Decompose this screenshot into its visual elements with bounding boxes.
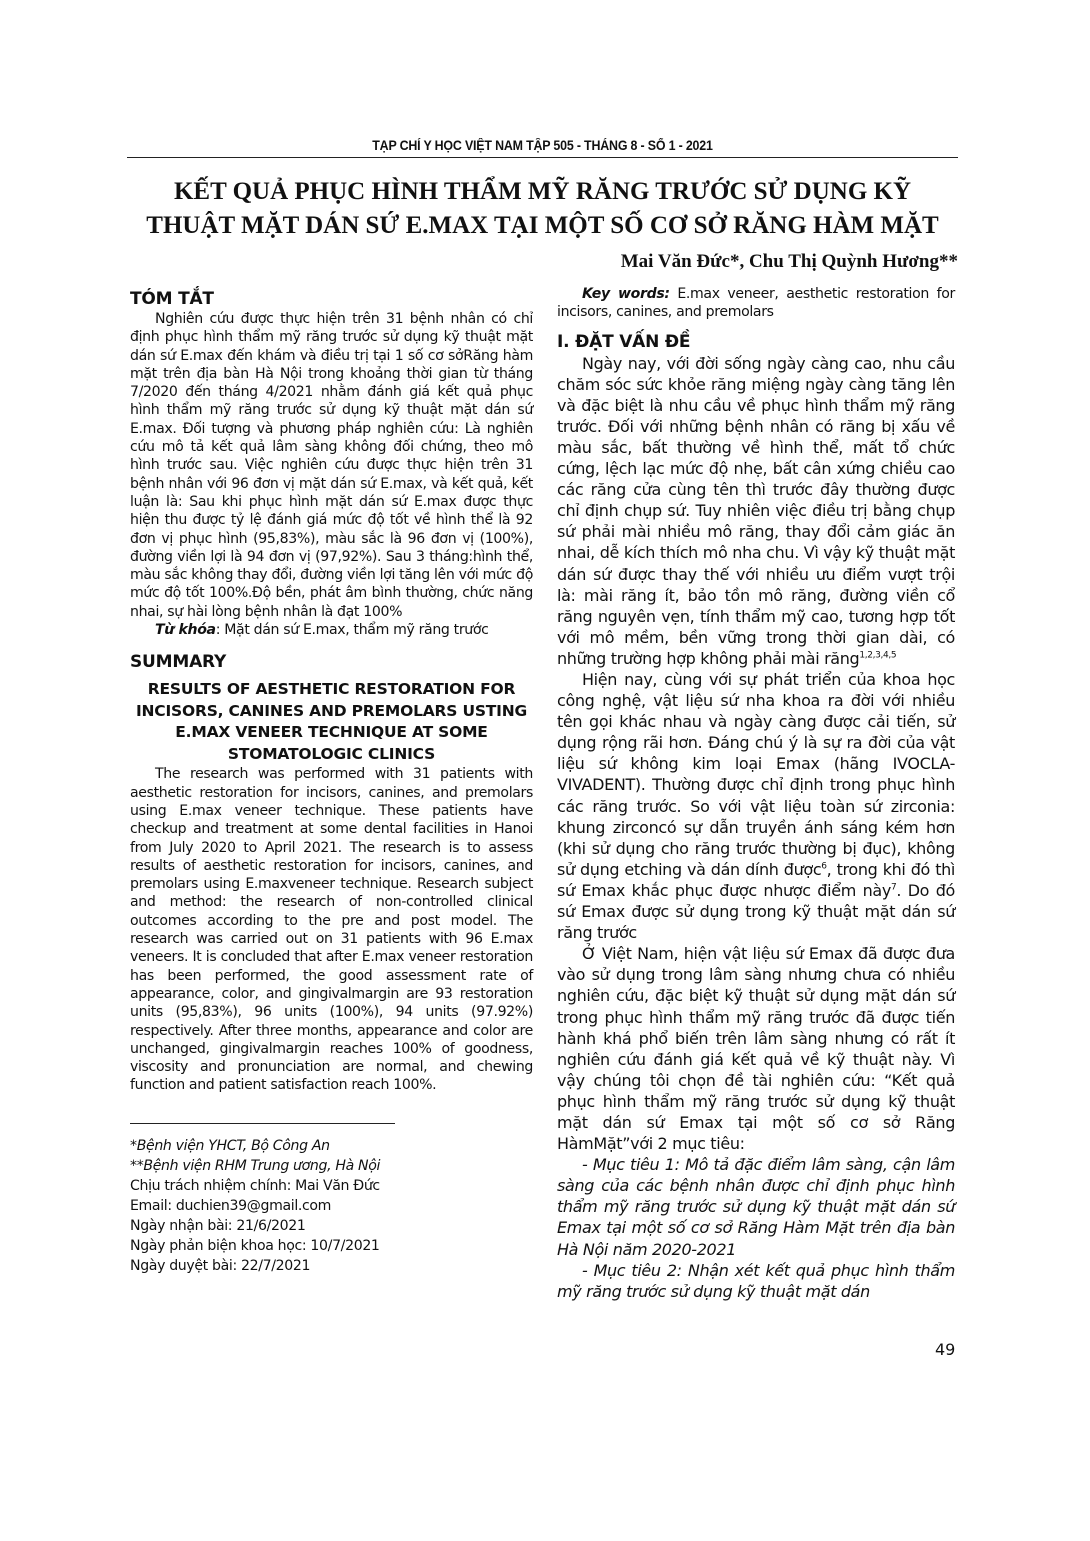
right-column: Key words: E.max veneer, aesthetic resto… [557, 285, 955, 1302]
page-number: 49 [935, 1340, 955, 1359]
date-reviewed: Ngày phản biện khoa học: 10/7/2021 [130, 1236, 533, 1256]
date-received: Ngày nhận bài: 21/6/2021 [130, 1216, 533, 1236]
section-1-paragraph-1: Ngày nay, với đời sống ngày càng cao, nh… [557, 353, 955, 669]
date-accepted: Ngày duyệt bài: 22/7/2021 [130, 1256, 533, 1276]
abstract-en-body: The research was performed with 31 patie… [130, 765, 533, 1094]
abstract-vi-heading: TÓM TẮT [130, 288, 533, 310]
affiliation-1: *Bệnh viện YHCT, Bộ Công An [130, 1136, 533, 1156]
section-1-heading: I. ĐẶT VẤN ĐỀ [557, 331, 955, 353]
keywords-vi-label: Từ khóa [155, 622, 216, 638]
header-divider [127, 157, 958, 158]
affiliation-2: **Bệnh viện RHM Trung ương, Hà Nội [130, 1156, 533, 1176]
section-1-paragraph-2: Hiện nay, cùng với sự phát triển của kho… [557, 669, 955, 943]
abstract-en-keywords: Key words: E.max veneer, aesthetic resto… [557, 285, 955, 322]
abstract-vi-body: Nghiên cứu được thực hiện trên 31 bệnh n… [130, 310, 533, 621]
article-title: KẾT QUẢ PHỤC HÌNH THẨM MỸ RĂNG TRƯỚC SỬ … [127, 175, 958, 243]
citation-refs: 1,2,3,4,5 [859, 651, 896, 661]
objective-1: - Mục tiêu 1: Mô tả đặc điểm lâm sàng, c… [557, 1154, 955, 1259]
title-line-1: KẾT QUẢ PHỤC HÌNH THẨM MỸ RĂNG TRƯỚC SỬ … [127, 175, 958, 209]
footnote-divider [130, 1123, 395, 1124]
keywords-vi-text: : Mặt dán sứ E.max, thẩm mỹ răng trước [216, 622, 489, 638]
keywords-en-label: Key words: [582, 286, 670, 302]
title-line-2: THUẬT MẶT DÁN SỨ E.MAX TẠI MỘT SỐ CƠ SỞ … [127, 209, 958, 243]
journal-running-header: TẠP CHÍ Y HỌC VIỆT NAM TẬP 505 - THÁNG 8… [160, 138, 925, 153]
paragraph-text: Hiện nay, cùng với sự phát triển của kho… [557, 670, 955, 879]
journal-page: TẠP CHÍ Y HỌC VIỆT NAM TẬP 505 - THÁNG 8… [0, 0, 1090, 1541]
corresponding-author: Chịu trách nhiệm chính: Mai Văn Đức [130, 1176, 533, 1196]
author-list: Mai Văn Đức*, Chu Thị Quỳnh Hương** [621, 251, 958, 273]
left-column: TÓM TẮT Nghiên cứu được thực hiện trên 3… [130, 288, 533, 1276]
section-1-paragraph-3: Ở Việt Nam, hiện vật liệu sứ Emax đã đượ… [557, 943, 955, 1154]
summary-heading: SUMMARY [130, 651, 533, 673]
abstract-vi-keywords: Từ khóa: Mặt dán sứ E.max, thẩm mỹ răng … [130, 621, 533, 639]
english-title: RESULTS OF AESTHETIC RESTORATION FOR INC… [130, 679, 533, 765]
paragraph-text: Ngày nay, với đời sống ngày càng cao, nh… [557, 354, 955, 668]
objective-2: - Mục tiêu 2: Nhận xét kết quả phục hình… [557, 1260, 955, 1302]
email: Email: duchien39@gmail.com [130, 1196, 533, 1216]
